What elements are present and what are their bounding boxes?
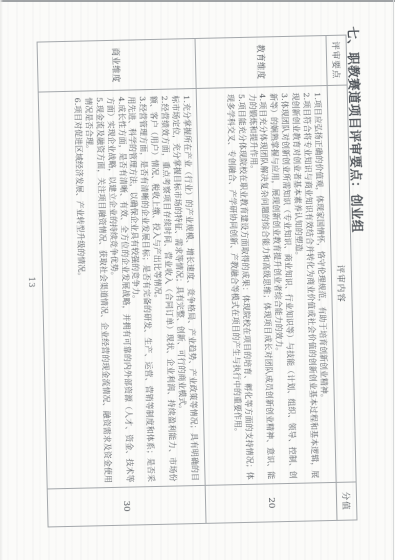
page-content: 七、职教赛道项目评审要点：创业组 评审要点 评审内容 分值 教育维度 1.项目应… — [0, 0, 395, 560]
dimension-label-education: 教育维度 — [196, 36, 327, 89]
business-dimension-content: 1.充分掌握所在产业（行业）的产业规模、增长速度、竞争格局、产业趋势、产业政策等… — [39, 89, 205, 489]
review-points-table: 评审要点 评审内容 分值 教育维度 1.项目应弘扬正确的价值观，体现家国情怀，恪… — [37, 35, 358, 528]
scanned-document-page: 七、职教赛道项目评审要点：创业组 评审要点 评审内容 分值 教育维度 1.项目应… — [0, 0, 395, 560]
page-number: 13 — [27, 277, 36, 288]
table-row-education-dimension: 教育维度 1.项目应弘扬正确的价值观，体现家国情怀，恪守伦理规范，有助于培育创新… — [196, 36, 338, 523]
score-business: 30 — [48, 486, 206, 527]
table-row-business-dimension: 商业维度 1.充分掌握所在产业（行业）的产业规模、增长速度、竞争格局、产业趋势、… — [38, 39, 207, 526]
scan-edge-top — [0, 0, 395, 2]
education-dimension-content: 1.项目应弘扬正确的价值观，体现家国情怀，恪守伦理规范，有助于培育创新创业精神。… — [197, 86, 336, 486]
score-education: 20 — [206, 483, 337, 523]
dimension-label-business: 商业维度 — [38, 39, 196, 93]
header-score: 分值 — [337, 482, 357, 519]
rotated-page-container: 七、职教赛道项目评审要点：创业组 评审要点 评审内容 分值 教育维度 1.项目应… — [0, 0, 395, 560]
scan-edge-right — [393, 0, 394, 560]
header-criteria: 评审要点 — [326, 36, 346, 86]
scan-edge-left — [0, 0, 3, 560]
